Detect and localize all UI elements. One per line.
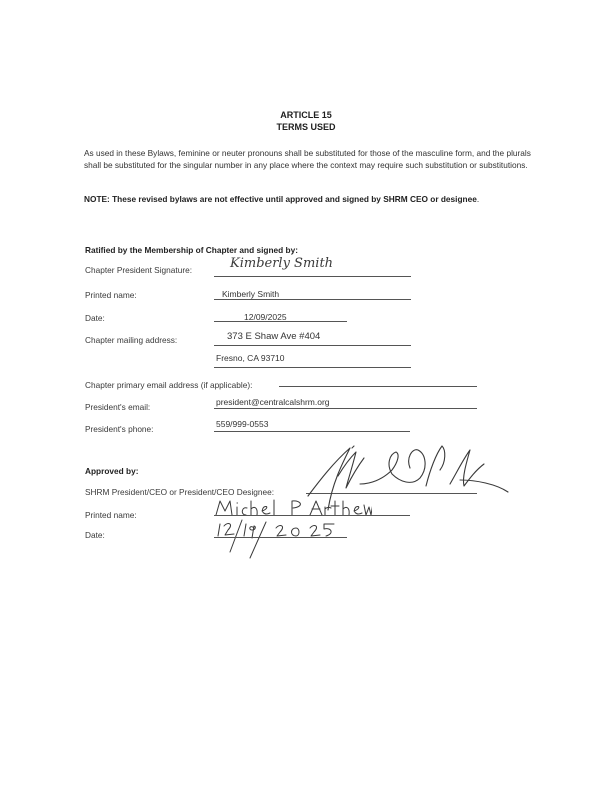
president-phone-label: President's phone: (85, 424, 153, 434)
printed-name-label: Printed name: (85, 290, 137, 300)
president-phone-line[interactable] (214, 431, 410, 432)
ceo-printed-name-line[interactable] (214, 515, 410, 516)
primary-email-label: Chapter primary email address (if applic… (85, 380, 252, 390)
mailing-address-label: Chapter mailing address: (85, 335, 177, 345)
article-title: TERMS USED (0, 122, 612, 132)
approval-note-period: . (477, 194, 479, 204)
ceo-printed-name-label: Printed name: (85, 510, 137, 520)
president-signature: Kimberly Smith (230, 256, 333, 271)
date-label: Date: (85, 313, 105, 323)
mailing-address-line1-rule[interactable] (214, 345, 411, 346)
president-signature-label: Chapter President Signature: (85, 265, 192, 275)
mailing-address-line2: Fresno, CA 93710 (216, 353, 285, 363)
ceo-date-line[interactable] (214, 537, 347, 538)
ceo-date-handwriting (214, 518, 354, 562)
president-email-label: President's email: (85, 402, 150, 412)
mailing-address-line2-rule[interactable] (214, 367, 411, 368)
approval-note-text: NOTE: These revised bylaws are not effec… (84, 194, 477, 204)
president-email-line[interactable] (214, 408, 477, 409)
article-number: ARTICLE 15 (0, 110, 612, 120)
date-line[interactable] (214, 321, 347, 322)
president-phone-value: 559/999-0553 (216, 419, 268, 429)
article-body: As used in these Bylaws, feminine or neu… (84, 148, 534, 171)
ratified-heading: Ratified by the Membership of Chapter an… (85, 245, 298, 255)
approval-note: NOTE: These revised bylaws are not effec… (84, 194, 534, 206)
printed-name-value: Kimberly Smith (222, 289, 279, 299)
approved-heading: Approved by: (85, 466, 138, 476)
president-email-value: president@centralcalshrm.org (216, 397, 330, 407)
primary-email-line[interactable] (279, 386, 477, 387)
ceo-date-label: Date: (85, 530, 105, 540)
mailing-address-line1: 373 E Shaw Ave #404 (227, 331, 320, 342)
president-signature-line[interactable] (214, 276, 411, 277)
printed-name-line[interactable] (214, 299, 411, 300)
ceo-signature-label: SHRM President/CEO or President/CEO Desi… (85, 487, 274, 497)
